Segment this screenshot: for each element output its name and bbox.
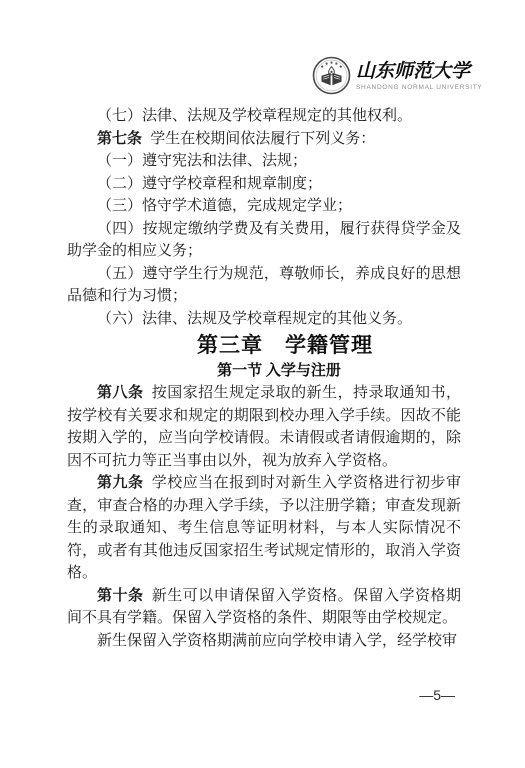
article-number: 第九条 bbox=[97, 475, 143, 491]
university-name-block: 山东师范大学 SHANDONG NORMAL UNIVERSITY bbox=[356, 60, 482, 91]
duty-item-6: （六）法律、法规及学校章程规定的其他义务。 bbox=[67, 308, 461, 331]
clause-text: 新生保留入学资格期满前应向学校申请入学，经学校审 bbox=[97, 633, 457, 649]
article-number: 第七条 bbox=[97, 131, 142, 147]
clause-text: （四）按规定缴纳学费及有关费用，履行获得贷学金及助学金的相应义务； bbox=[67, 221, 461, 260]
university-logo: 山东师范大学 SHANDONG NORMAL UNIVERSITY bbox=[312, 56, 482, 95]
article-number: 第八条 bbox=[97, 385, 143, 401]
document-body: （七）法律、法规及学校章程规定的其他权利。 第七条学生在校期间依法履行下列义务：… bbox=[67, 105, 461, 652]
article-8: 第八条按国家招生规定录取的新生，持录取通知书，按学校有关要求和规定的期限到校办理… bbox=[67, 382, 461, 472]
article-10: 第十条新生可以申请保留入学资格。保留入学资格期间不具有学籍。保留入学资格的条件、… bbox=[67, 585, 461, 630]
clause-text: （七）法律、法规及学校章程规定的其他权利。 bbox=[97, 108, 412, 124]
duty-item-5: （五）遵守学生行为规范，尊敬师长，养成良好的思想品德和行为习惯； bbox=[67, 263, 461, 308]
clause-text: （一）遵守宪法和法律、法规； bbox=[97, 153, 307, 169]
university-seal-icon bbox=[312, 56, 351, 95]
clause-text: （二）遵守学校章程和规章制度； bbox=[97, 176, 322, 192]
clause-text: （六）法律、法规及学校章程规定的其他义务。 bbox=[97, 311, 412, 327]
page-number: —5— bbox=[419, 686, 455, 704]
duty-item-1: （一）遵守宪法和法律、法规； bbox=[67, 150, 461, 173]
article-text: 学生在校期间依法履行下列义务： bbox=[150, 131, 375, 147]
article-10-continuation: 新生保留入学资格期满前应向学校申请入学，经学校审 bbox=[67, 630, 461, 653]
article-7: 第七条学生在校期间依法履行下列义务： bbox=[67, 128, 461, 151]
duty-item-4: （四）按规定缴纳学费及有关费用，履行获得贷学金及助学金的相应义务； bbox=[67, 218, 461, 263]
clause-text: （三）恪守学术道德，完成规定学业； bbox=[97, 198, 352, 214]
duty-item-3: （三）恪守学术道德，完成规定学业； bbox=[67, 195, 461, 218]
section-heading: 第一节 入学与注册 bbox=[67, 360, 461, 382]
article-number: 第十条 bbox=[97, 588, 143, 604]
duty-item-2: （二）遵守学校章程和规章制度； bbox=[67, 173, 461, 196]
university-name-english: SHANDONG NORMAL UNIVERSITY bbox=[356, 84, 482, 91]
clause-rights-7: （七）法律、法规及学校章程规定的其他权利。 bbox=[67, 105, 461, 128]
article-9: 第九条学校应当在报到时对新生入学资格进行初步审查，审查合格的办理入学手续，予以注… bbox=[67, 472, 461, 585]
chapter-heading: 第三章 学籍管理 bbox=[67, 330, 461, 360]
document-page: 山东师范大学 SHANDONG NORMAL UNIVERSITY （七）法律、… bbox=[0, 0, 525, 768]
clause-text: （五）遵守学生行为规范，尊敬师长，养成良好的思想品德和行为习惯； bbox=[67, 266, 461, 305]
university-name-chinese: 山东师范大学 bbox=[356, 60, 482, 83]
